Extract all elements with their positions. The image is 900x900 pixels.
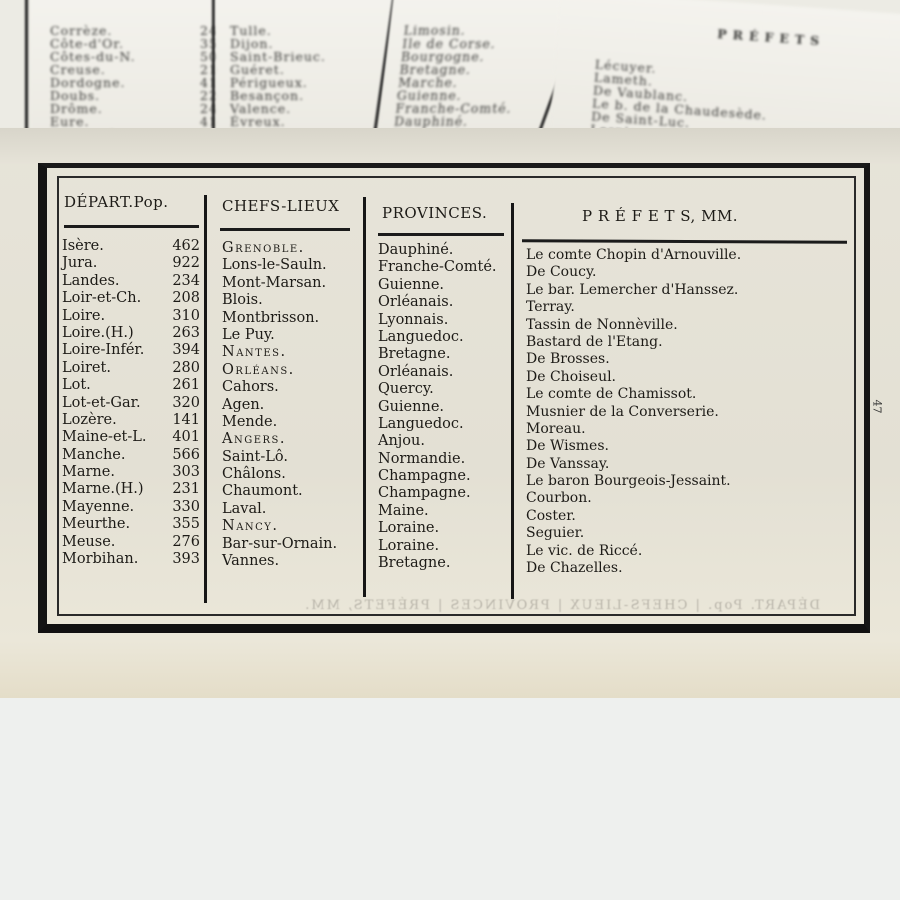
capital-name: Orléans. xyxy=(222,362,362,379)
table-row: Lot.261 xyxy=(62,377,200,394)
prefect-name: Terray. xyxy=(526,299,846,316)
department-name: Mayenne. xyxy=(62,499,134,515)
province-name: Champagne. xyxy=(378,468,508,485)
population-value: 462 xyxy=(172,238,200,255)
table-row: Marne.303 xyxy=(62,464,200,481)
header-rule xyxy=(64,225,199,228)
population-value: 303 xyxy=(172,464,200,481)
population-value: 263 xyxy=(172,325,200,342)
table-row: Marne.(H.)231 xyxy=(62,481,200,498)
prefect-name: Le baron Bourgeois-Jessaint. xyxy=(526,473,846,490)
column-rule xyxy=(511,203,514,599)
province-name: Franche-Comté. xyxy=(378,259,508,276)
prefects-column: Le comte Chopin d'Arnouville.De Coucy.Le… xyxy=(526,247,846,577)
province-name: Orléanais. xyxy=(378,364,508,381)
population-value: 393 xyxy=(172,551,200,568)
table-row: Isère.462 xyxy=(62,238,200,255)
department-name: Meurthe. xyxy=(62,516,130,532)
province-name: Bretagne. xyxy=(378,346,508,363)
department-name: Lot-et-Gar. xyxy=(62,395,141,411)
department-name: Marne. xyxy=(62,464,115,480)
table-row: Landes.234 xyxy=(62,273,200,290)
population-value: 310 xyxy=(172,308,200,325)
header-department-label: DÉPART. xyxy=(64,193,134,211)
header-rule xyxy=(220,228,350,231)
department-name: Loire. xyxy=(62,308,105,324)
margin-page-mark: 47 xyxy=(871,400,884,414)
population-value: 320 xyxy=(172,395,200,412)
backdrop xyxy=(0,698,900,900)
department-name: Loiret. xyxy=(62,360,111,376)
capital-name: Chaumont. xyxy=(222,483,362,500)
prefect-name: Le comte Chopin d'Arnouville. xyxy=(526,247,846,264)
province-name: Maine. xyxy=(378,503,508,520)
prefect-name: Bastard de l'Etang. xyxy=(526,334,846,351)
capital-name: Nancy. xyxy=(222,518,362,535)
capital-name: Laval. xyxy=(222,501,362,518)
department-name: Maine-et-L. xyxy=(62,429,147,445)
prefect-name: De Chazelles. xyxy=(526,560,846,577)
prefect-name: Coster. xyxy=(526,508,846,525)
prefect-name: Le bar. Lemercher d'Hanssez. xyxy=(526,282,846,299)
prefect-name: Seguier. xyxy=(526,525,846,542)
province-name: Languedoc. xyxy=(378,416,508,433)
header-rule xyxy=(522,239,847,243)
province-name: Guienne. xyxy=(378,399,508,416)
header-provinces: PROVINCES. xyxy=(382,204,487,222)
capital-name: Châlons. xyxy=(222,466,362,483)
department-column: Isère.462Jura.922Landes.234Loir-et-Ch.20… xyxy=(62,238,200,568)
prefect-name: Le vic. de Riccé. xyxy=(526,543,846,560)
table-row: Loire.(H.)263 xyxy=(62,325,200,342)
province-name: Normandie. xyxy=(378,451,508,468)
bg-prefects-header: PRÉFETS xyxy=(597,19,900,56)
population-value: 208 xyxy=(172,290,200,307)
table-row: Meuse.276 xyxy=(62,534,200,551)
capital-name: Bar-sur-Ornain. xyxy=(222,536,362,553)
province-name: Champagne. xyxy=(378,485,508,502)
bleed-through-text: DÉPART. Pop. | CHEFS-LIEUX | PROVINCES |… xyxy=(80,598,820,613)
department-name: Meuse. xyxy=(62,534,115,550)
department-name: Lot. xyxy=(62,377,91,393)
capital-name: Angers. xyxy=(222,431,362,448)
capital-name: Mende. xyxy=(222,414,362,431)
department-name: Landes. xyxy=(62,273,120,289)
province-name: Anjou. xyxy=(378,433,508,450)
department-name: Loire.(H.) xyxy=(62,325,134,341)
population-value: 231 xyxy=(172,481,200,498)
table-row: Lozère.141 xyxy=(62,412,200,429)
province-name: Dauphiné. xyxy=(378,242,508,259)
capital-name: Blois. xyxy=(222,292,362,309)
table-row: Loire-Infér.394 xyxy=(62,342,200,359)
department-name: Loire-Infér. xyxy=(62,342,144,358)
table-row: Morbihan.393 xyxy=(62,551,200,568)
prefect-name: Musnier de la Converserie. xyxy=(526,404,846,421)
table-row: Meurthe.355 xyxy=(62,516,200,533)
prefect-name: Le comte de Chamissot. xyxy=(526,386,846,403)
table-row: Loiret.280 xyxy=(62,360,200,377)
department-name: Loir-et-Ch. xyxy=(62,290,141,306)
capital-name: Nantes. xyxy=(222,344,362,361)
capital-name: Lons-le-Sauln. xyxy=(222,257,362,274)
department-name: Lozère. xyxy=(62,412,117,428)
province-name: Guienne. xyxy=(378,277,508,294)
prefect-name: Tassin de Nonnèville. xyxy=(526,317,846,334)
table-row: Jura.922 xyxy=(62,255,200,272)
header-prefects: P R É F E T S, MM. xyxy=(582,207,738,225)
table-row: Manche.566 xyxy=(62,447,200,464)
population-value: 394 xyxy=(172,342,200,359)
prefect-name: Courbon. xyxy=(526,490,846,507)
prefect-name: De Brosses. xyxy=(526,351,846,368)
province-name: Loraine. xyxy=(378,520,508,537)
column-rule xyxy=(204,195,207,603)
population-value: 355 xyxy=(172,516,200,533)
prefect-name: De Coucy. xyxy=(526,264,846,281)
prefect-name: Moreau. xyxy=(526,421,846,438)
page-fold xyxy=(0,128,900,164)
capital-name: Vannes. xyxy=(222,553,362,570)
province-name: Bretagne. xyxy=(378,555,508,572)
population-value: 566 xyxy=(172,447,200,464)
department-name: Isère. xyxy=(62,238,104,254)
prefect-name: De Wismes. xyxy=(526,438,846,455)
capital-name: Saint-Lô. xyxy=(222,449,362,466)
department-name: Morbihan. xyxy=(62,551,138,567)
capital-name: Grenoble. xyxy=(222,240,362,257)
province-name: Loraine. xyxy=(378,538,508,555)
table-row: Loir-et-Ch.208 xyxy=(62,290,200,307)
population-value: 234 xyxy=(172,273,200,290)
population-value: 922 xyxy=(172,255,200,272)
header-capitals: CHEFS-LIEUX xyxy=(222,197,339,215)
capital-name: Montbrisson. xyxy=(222,310,362,327)
capitals-column: Grenoble.Lons-le-Sauln.Mont-Marsan.Blois… xyxy=(222,240,362,570)
capital-name: Cahors. xyxy=(222,379,362,396)
population-value: 401 xyxy=(172,429,200,446)
table-row: Maine-et-L.401 xyxy=(62,429,200,446)
table-row: Loire.310 xyxy=(62,308,200,325)
provinces-column: Dauphiné.Franche-Comté.Guienne.Orléanais… xyxy=(378,242,508,572)
province-name: Languedoc. xyxy=(378,329,508,346)
table-row: Lot-et-Gar.320 xyxy=(62,395,200,412)
population-value: 261 xyxy=(172,377,200,394)
header-population-label: Pop. xyxy=(134,193,169,211)
header-rule xyxy=(378,233,504,236)
prefect-name: De Choiseul. xyxy=(526,369,846,386)
province-name: Orléanais. xyxy=(378,294,508,311)
department-name: Manche. xyxy=(62,447,125,463)
header-department: DÉPART.Pop. xyxy=(64,193,169,211)
capital-name: Mont-Marsan. xyxy=(222,275,362,292)
population-value: 330 xyxy=(172,499,200,516)
population-value: 276 xyxy=(172,534,200,551)
capital-name: Agen. xyxy=(222,397,362,414)
province-name: Lyonnais. xyxy=(378,312,508,329)
province-name: Quercy. xyxy=(378,381,508,398)
prefect-name: De Vanssay. xyxy=(526,456,846,473)
table-row: Mayenne.330 xyxy=(62,499,200,516)
column-rule xyxy=(363,197,366,597)
department-name: Marne.(H.) xyxy=(62,481,144,497)
department-name: Jura. xyxy=(62,255,97,271)
population-value: 280 xyxy=(172,360,200,377)
prefecture-table: DÉPART.Pop. CHEFS-LIEUX PROVINCES. P R É… xyxy=(60,185,860,605)
capital-name: Le Puy. xyxy=(222,327,362,344)
population-value: 141 xyxy=(172,412,200,429)
